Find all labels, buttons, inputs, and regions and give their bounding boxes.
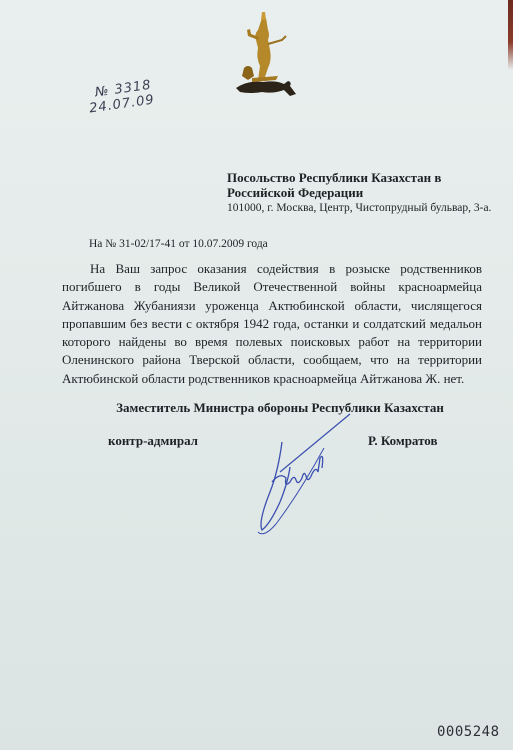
letter-page: № 3318 24.07.09 Посольство Республики Ка… [0,0,513,750]
signatory-name: Р. Комратов [368,433,438,449]
reference-line: На № 31-02/17-41 от 10.07.2009 года [89,238,268,250]
handwritten-signature-icon [240,412,360,542]
letter-body: На Ваш запрос оказания содействия в розы… [62,260,482,388]
handwritten-registration-note: № 3318 24.07.09 [86,78,155,117]
addressee-org-line2: Российской Федерации [227,185,491,200]
serial-number: 0005248 [437,724,500,740]
addressee-address: 101000, г. Москва, Центр, Чистопрудный б… [227,201,491,216]
background-edge [508,0,513,70]
body-paragraph: На Ваш запрос оказания содействия в розы… [62,260,482,388]
golden-warrior-emblem-icon [218,10,308,100]
addressee-org-line1: Посольство Республики Казахстан в [227,170,491,185]
addressee-block: Посольство Республики Казахстан в Россий… [227,170,491,216]
signatory-rank: контр-адмирал [108,433,198,449]
